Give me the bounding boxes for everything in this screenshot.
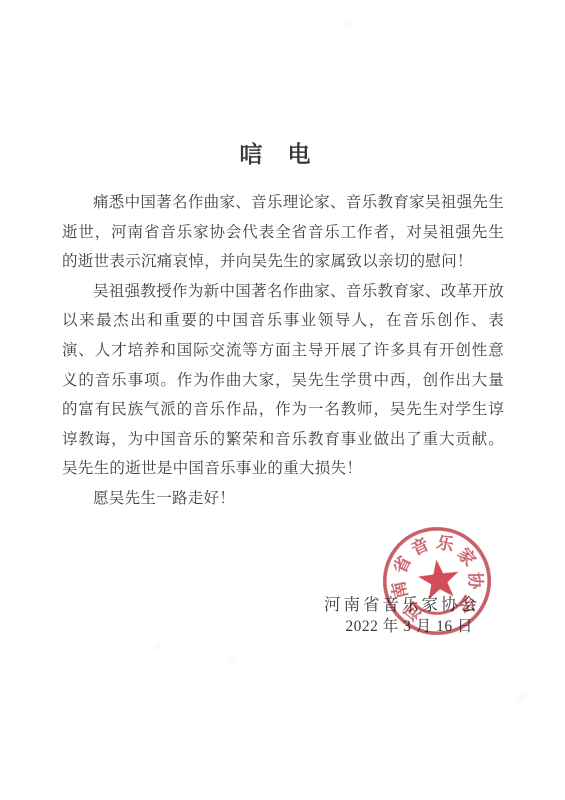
- seal-char: 南: [388, 579, 411, 600]
- paragraph-2: 吴祖强教授作为新中国著名作曲家、音乐教育家、改革开放以来最杰出和重要的中国音乐事…: [62, 277, 504, 484]
- scan-speck: [516, 694, 526, 702]
- scan-speck: [154, 643, 162, 650]
- seal-char: 音: [408, 534, 432, 560]
- letter-body: 痛悉中国著名作曲家、音乐理论家、音乐教育家吴祖强先生逝世，河南省音乐家协会代表全…: [62, 188, 504, 514]
- page-title: 唁 电: [0, 136, 558, 169]
- seal-char: 协: [465, 572, 485, 590]
- condolence-letter-page: 唁 电 痛悉中国著名作曲家、音乐理论家、音乐教育家吴祖强先生逝世，河南省音乐家协…: [0, 0, 565, 800]
- official-seal: 河 南 省 音 乐 家 协 会: [358, 502, 516, 660]
- seal-star-icon: [416, 557, 461, 600]
- seal-char: 乐: [435, 533, 457, 555]
- scan-speck: [344, 22, 354, 28]
- scan-speck: [229, 657, 235, 662]
- paragraph-1: 痛悉中国著名作曲家、音乐理论家、音乐教育家吴祖强先生逝世，河南省音乐家协会代表全…: [62, 188, 504, 277]
